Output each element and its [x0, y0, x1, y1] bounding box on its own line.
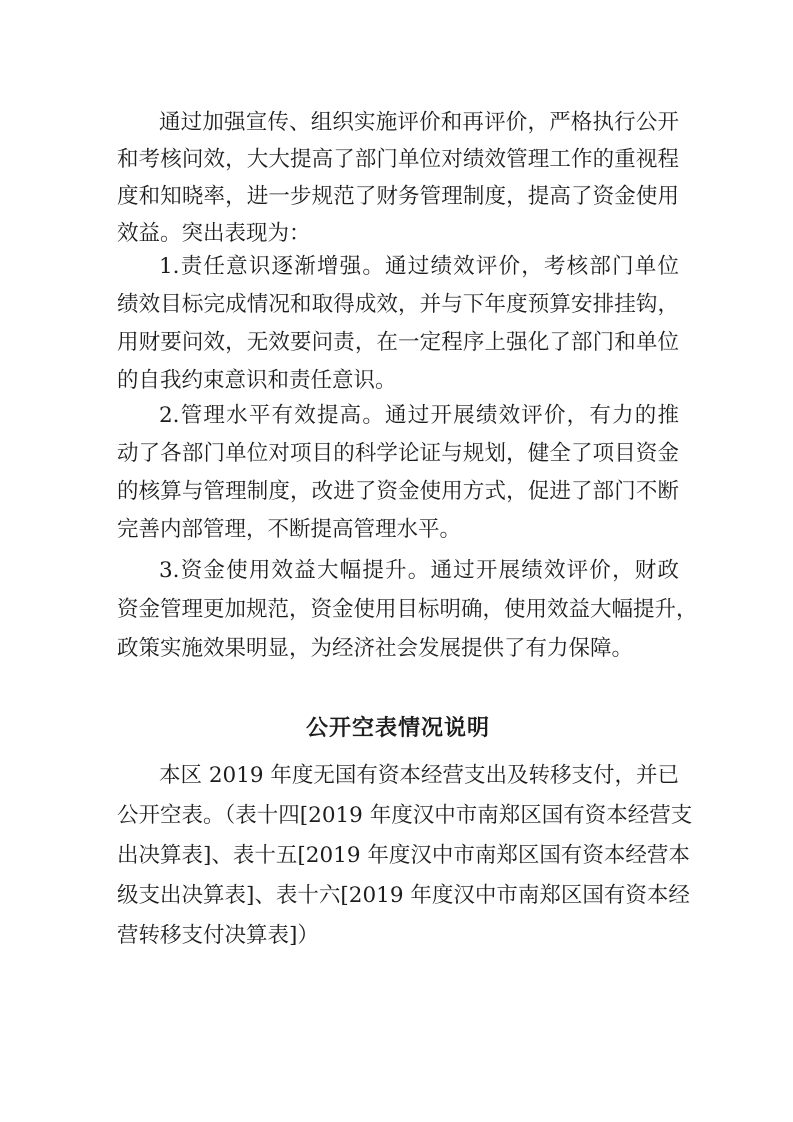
text-line: 资金管理更加规范，资金使用目标明确，使用效益大幅提升， — [117, 590, 679, 629]
text-line: 2.管理水平有效提高。通过开展绩效评价，有力的推 — [117, 397, 679, 435]
text-line: 1.责任意识逐渐增强。通过绩效评价，考核部门单位 — [117, 248, 679, 286]
text-line: 公开空表。（表十四[2019 年度汉中市南郑区国有资本经营支 — [117, 796, 679, 836]
text-line: 级支出决算表]、表十六[2019 年度汉中市南郑区国有资本经 — [117, 876, 679, 916]
section-heading: 公开空表情况说明 — [117, 708, 679, 748]
paragraph-5: 本区 2019 年度无国有资本经营支出及转移支付，并已 公开空表。（表十四[20… — [117, 756, 679, 956]
text-line: 的自我约束意识和责任意识。 — [117, 362, 679, 400]
text-line: 动了各部门单位对项目的科学论证与规划，健全了项目资金 — [117, 435, 679, 473]
text-line: 3.资金使用效益大幅提升。通过开展绩效评价，财政 — [117, 551, 679, 590]
text-line: 度和知晓率，进一步规范了财务管理制度，提高了资金使用 — [117, 178, 679, 215]
paragraph-4: 3.资金使用效益大幅提升。通过开展绩效评价，财政 资金管理更加规范，资金使用目标… — [117, 551, 679, 668]
text-line: 出决算表]、表十五[2019 年度汉中市南郑区国有资本经营本 — [117, 836, 679, 876]
text-line: 通过加强宣传、组织实施评价和再评价，严格执行公开 — [117, 104, 679, 141]
paragraph-3: 2.管理水平有效提高。通过开展绩效评价，有力的推 动了各部门单位对项目的科学论证… — [117, 397, 679, 549]
text-line: 营转移支付决算表]） — [117, 916, 679, 956]
text-line: 政策实施效果明显，为经济社会发展提供了有力保障。 — [117, 629, 679, 668]
text-line: 的核算与管理制度，改进了资金使用方式，促进了部门不断 — [117, 473, 679, 511]
paragraph-2: 1.责任意识逐渐增强。通过绩效评价，考核部门单位 绩效目标完成情况和取得成效，并… — [117, 248, 679, 400]
paragraph-1: 通过加强宣传、组织实施评价和再评价，严格执行公开 和考核问效，大大提高了部门单位… — [117, 104, 679, 252]
text-line: 完善内部管理，不断提高管理水平。 — [117, 511, 679, 549]
document-page: 通过加强宣传、组织实施评价和再评价，严格执行公开 和考核问效，大大提高了部门单位… — [0, 0, 793, 1122]
text-line: 本区 2019 年度无国有资本经营支出及转移支付，并已 — [117, 756, 679, 796]
text-line: 用财要问效，无效要问责，在一定程序上强化了部门和单位 — [117, 324, 679, 362]
text-line: 和考核问效，大大提高了部门单位对绩效管理工作的重视程 — [117, 141, 679, 178]
text-line: 绩效目标完成情况和取得成效，并与下年度预算安排挂钩， — [117, 286, 679, 324]
text-line: 效益。突出表现为： — [117, 215, 679, 252]
